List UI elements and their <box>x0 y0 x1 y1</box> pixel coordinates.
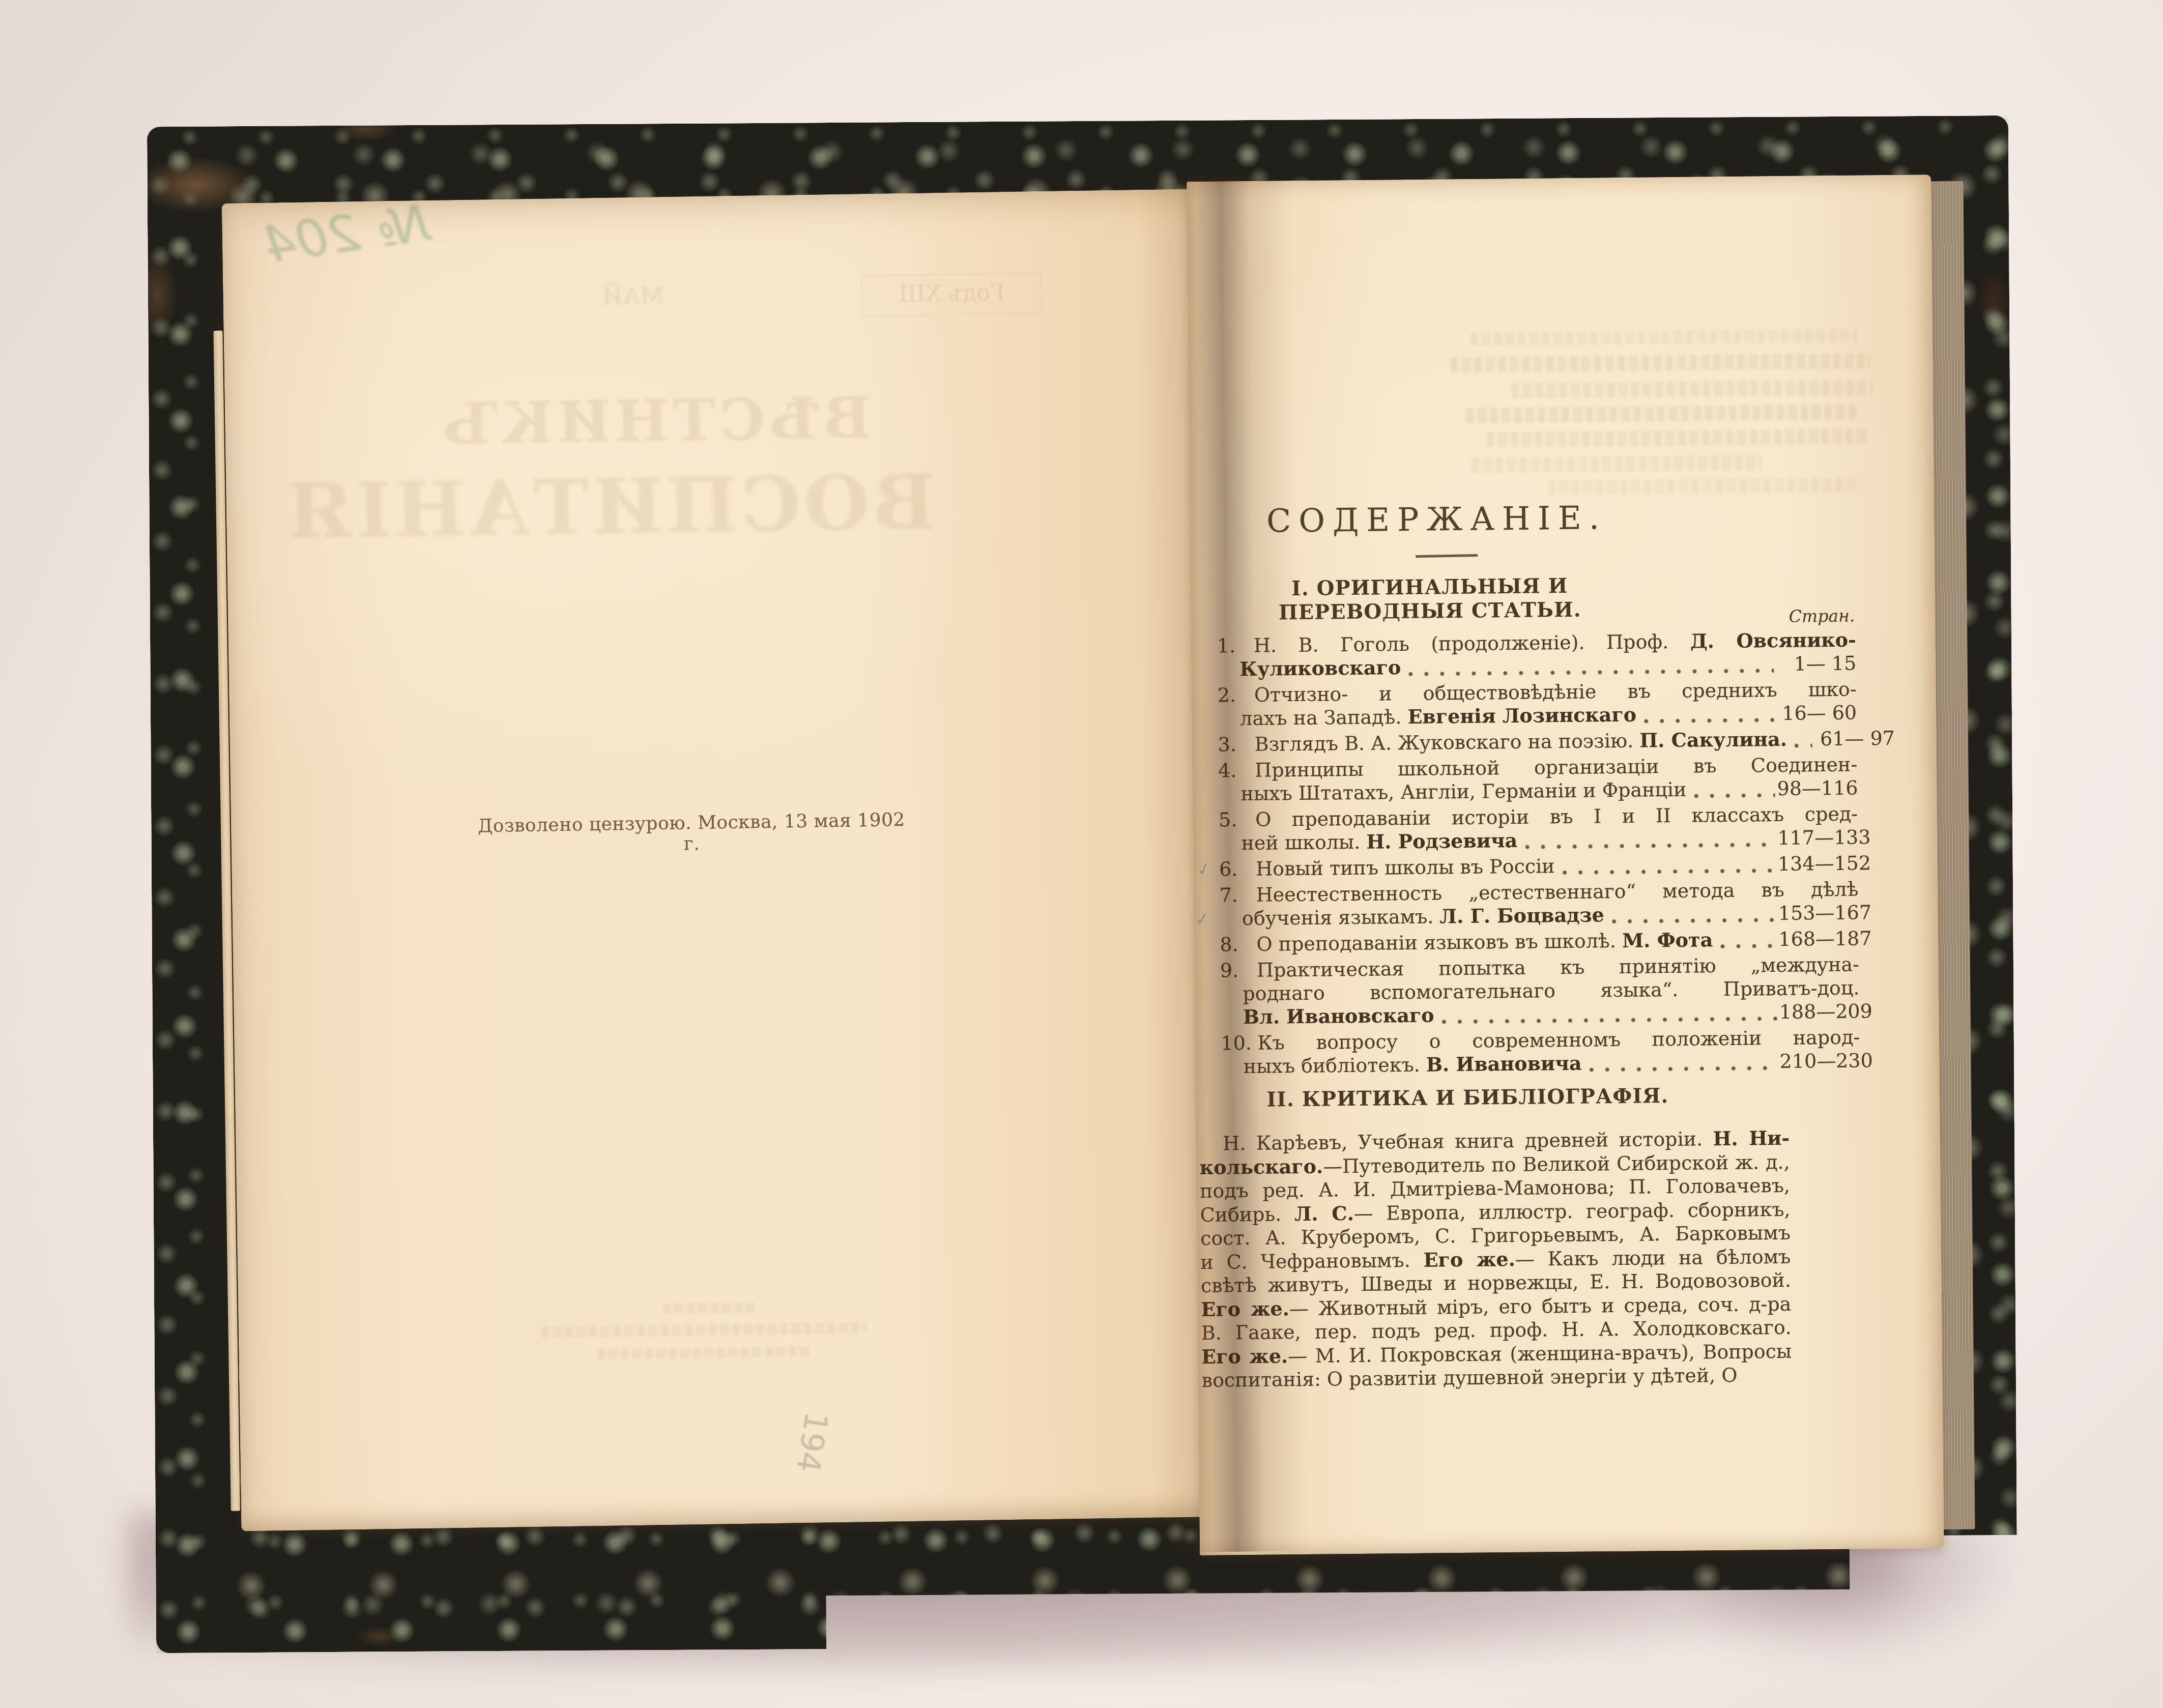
toc-page-range: 117—133 <box>1777 825 1858 850</box>
author-name: Евгенія Лозинскаго <box>1407 703 1636 728</box>
dot-leader <box>1562 858 1776 878</box>
toc-list: 1.Н. В. Гоголь (продолженіе). Проф. Д. О… <box>1239 628 1860 1081</box>
author-name: В. Ивановича <box>1426 1052 1582 1076</box>
toc-page-range: 134—152 <box>1778 851 1858 876</box>
author-name: П. Сакулина. <box>1639 728 1787 752</box>
left-page: № 204 МАЙ Годъ XIII ВѢСТНИКЪ ВОСПИТАНІЯ … <box>222 188 1247 1531</box>
toc-item: 5.О преподаваніи исторіи въ I и II класс… <box>1241 802 1858 855</box>
toc-page-range: 168—187 <box>1778 927 1859 951</box>
toc-item: 9.Практическая попытка къ принятію „межд… <box>1243 952 1860 1029</box>
author-name: Н. Родзевича <box>1366 829 1517 853</box>
dot-leader <box>1408 658 1774 679</box>
toc-item-text: О преподаваніи языковъ въ школѣ. М. Фота <box>1256 928 1713 956</box>
author-name: М. Фота <box>1622 928 1713 952</box>
toc-item: 6.Новый типъ школы въ Россіи134—152 <box>1242 851 1858 881</box>
entry-text: — Европа, иллюстр. географ. сборникъ, <box>1354 1198 1791 1224</box>
entry-text: — Какъ люди на бѣломъ <box>1515 1245 1791 1270</box>
dot-leader <box>1693 783 1775 801</box>
ghost-text-line <box>1466 404 1858 423</box>
entry-text: Взглядъ В. А. Жуковскаго на поэзію. <box>1254 730 1639 756</box>
gutter-shadow <box>1135 175 1310 1553</box>
toc-page-range: 16— 60 <box>1776 701 1857 725</box>
toc-line: 6.Новый типъ школы въ Россіи134—152 <box>1242 851 1858 881</box>
author-name: Н. Ни- <box>1713 1126 1790 1150</box>
author-name: Л. Г. Боцвадзе <box>1439 903 1604 928</box>
toc-item: 8.О преподаваніи языковъ въ школѣ. М. Фо… <box>1242 927 1859 956</box>
dot-leader <box>1611 908 1776 927</box>
toc-page-range: 98—116 <box>1777 776 1857 800</box>
ghost-text-line <box>1470 329 1857 345</box>
pencil-page-number: 194 <box>789 1409 835 1474</box>
ghost-text-line <box>1472 455 1762 473</box>
entry-text: Н. В. Гоголь (продолженіе). Проф. <box>1254 630 1690 657</box>
dot-leader <box>1441 1006 1777 1027</box>
entry-text: — М. И. Покровская (женщина-врачъ), Вопр… <box>1288 1340 1792 1367</box>
toc-page-range: 1— 15 <box>1776 651 1856 676</box>
ghost-imprint-line <box>597 1346 811 1359</box>
ghost-volume-label: Годъ XIII <box>899 274 1005 313</box>
toc-page-range: 61— 97 <box>1814 727 1895 751</box>
ghost-text-line <box>1487 428 1868 447</box>
entry-text: О преподаваніи языковъ въ школѣ. <box>1256 930 1622 956</box>
ghost-handwritten-number: № 204 <box>259 193 432 275</box>
toc-page-range: 210—230 <box>1780 1049 1860 1073</box>
toc-line: 3.Взглядъ В. А. Жуковскаго на поэзію. П.… <box>1240 727 1857 756</box>
ghost-imprint-line <box>541 1322 867 1338</box>
ghost-month-label: МАЙ <box>602 282 665 310</box>
dot-leader <box>1524 832 1776 852</box>
pages-column-label: Стран. <box>1753 606 1855 627</box>
toc-item-text: ныхъ Штатахъ, Англіи, Германіи и Франціи <box>1241 778 1686 805</box>
toc-item: 7.Неестественность „естественнаго“ метод… <box>1242 877 1859 930</box>
toc-page-range: 153—167 <box>1778 901 1859 925</box>
dot-leader <box>1720 934 1777 951</box>
toc-item: 3.Взглядъ В. А. Жуковскаго на поэзію. П.… <box>1240 727 1857 756</box>
ghost-journal-title-line1: ВѢСТНИКЪ <box>425 385 884 458</box>
dot-leader <box>1643 708 1775 726</box>
dot-leader <box>1794 733 1812 750</box>
toc-item: 10.Къ вопросу о современномъ положеніи н… <box>1243 1025 1860 1078</box>
entry-text: —Путеводитель по Великой Сибирской ж. д.… <box>1323 1150 1790 1177</box>
toc-item: 2.Отчизно- и обществовѣдѣніе въ среднихъ… <box>1240 677 1857 730</box>
ghost-text-line <box>1450 353 1870 372</box>
toc-item: 4.Принципы школьной организаціи въ Соеди… <box>1241 752 1858 805</box>
toc-line: 8.О преподаваніи языковъ въ школѣ. М. Фо… <box>1242 927 1859 956</box>
ghost-volume-box: Годъ XIII <box>861 273 1042 317</box>
ghost-text-line <box>1512 380 1873 398</box>
author-name: Д. Овсянико- <box>1690 628 1856 652</box>
ghost-imprint-line <box>663 1302 755 1314</box>
ghost-text-line <box>1548 477 1859 495</box>
author-name: Его же. <box>1423 1247 1515 1271</box>
entry-text: — Животный міръ, его бытъ и среда, соч. … <box>1289 1292 1792 1319</box>
censor-permission-line: Дозволено цензурою. Москва, 13 мая 1902 … <box>468 809 916 858</box>
ghost-journal-title-line2: ВОСПИТАНІЯ <box>396 457 936 554</box>
toc-page-range: 188—209 <box>1779 999 1860 1024</box>
photograph-of-open-book: { "photo": { "background_color": "#f2e9e… <box>0 0 2163 1708</box>
toc-item-text: Взглядъ В. А. Жуковскаго на поэзію. П. С… <box>1254 728 1787 756</box>
toc-item: 1.Н. В. Гоголь (продолженіе). Проф. Д. О… <box>1239 628 1857 681</box>
entry-text: ныхъ Штатахъ, Англіи, Германіи и Франціи <box>1241 778 1686 805</box>
title-rule <box>1416 554 1478 558</box>
dot-leader <box>1589 1056 1777 1075</box>
